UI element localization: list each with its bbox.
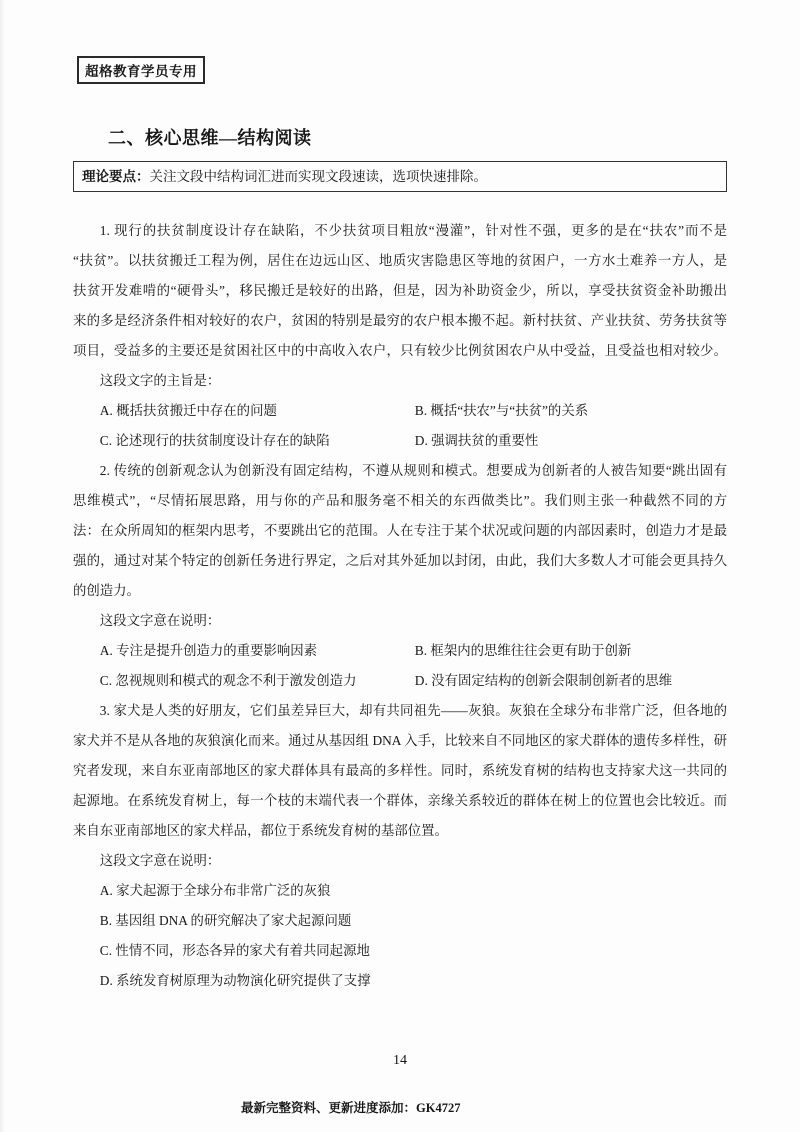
section-title: 二、核心思维—结构阅读 <box>108 124 312 150</box>
header-badge: 超格教育学员专用 <box>77 56 205 84</box>
option-b: B. 概括“扶农”与“扶贫”的关系 <box>415 396 588 426</box>
paragraph-line: “扶贫”。以扶贫搬迁工程为例，居住在边远山区、地质灾害隐患区等地的贫困户，一方水… <box>73 246 727 276</box>
option-b: B. 基因组 DNA 的研究解决了家犬起源问题 <box>100 906 415 936</box>
option-d: D. 没有固定结构的创新会限制创新者的思维 <box>415 666 672 696</box>
paragraph-line: 家犬并不是从各地的灰狼演化而来。通过从基因组 DNA 入手，比较来自不同地区的家… <box>73 726 727 756</box>
option-a: A. 家犬起源于全球分布非常广泛的灰狼 <box>100 876 415 906</box>
document-page: 超格教育学员专用 二、核心思维—结构阅读 理论要点：关注文段中结构词汇进而实现文… <box>0 0 800 1132</box>
questions: 1. 现行的扶贫制度设计存在缺陷，不少扶贫项目粗放“漫灌”，针对性不强，更多的是… <box>73 216 727 996</box>
option-c: C. 性情不同，形态各异的家犬有着共同起源地 <box>100 936 415 966</box>
option-c: C. 论述现行的扶贫制度设计存在的缺陷 <box>100 426 415 456</box>
option-a: A. 专注是提升创造力的重要影响因素 <box>100 636 415 666</box>
question-stem: 这段文字的主旨是： <box>73 366 727 396</box>
question-block: 3. 家犬是人类的好朋友，它们虽差异巨大，却有共同祖先——灰狼。灰狼在全球分布非… <box>73 696 727 996</box>
option-row: A. 专注是提升创造力的重要影响因素B. 框架内的思维往往会更有助于创新 <box>73 636 727 666</box>
theory-label: 理论要点： <box>82 169 150 184</box>
option-d: D. 强调扶贫的重要性 <box>415 426 539 456</box>
paragraph-line: 来自东亚南部地区的家犬样品，都位于系统发育树的基部位置。 <box>73 816 727 846</box>
paragraph-line: 的创造力。 <box>73 576 727 606</box>
question-stem: 这段文字意在说明： <box>73 846 727 876</box>
paragraph-line: 3. 家犬是人类的好朋友，它们虽差异巨大，却有共同祖先——灰狼。灰狼在全球分布非… <box>73 696 727 726</box>
paragraph-line: 起源地。在系统发育树上，每一个枝的末端代表一个群体，亲缘关系较近的群体在树上的位… <box>73 786 727 816</box>
paragraph-line: 强的，通过对某个特定的创新任务进行界定，之后对其外延加以封闭，由此，我们大多数人… <box>73 546 727 576</box>
option-row: C. 性情不同，形态各异的家犬有着共同起源地 <box>73 936 727 966</box>
option-d: D. 系统发育树原理为动物演化研究提供了支撑 <box>100 966 415 996</box>
question-block: 1. 现行的扶贫制度设计存在缺陷，不少扶贫项目粗放“漫灌”，针对性不强，更多的是… <box>73 216 727 456</box>
option-row: A. 概括扶贫搬迁中存在的问题B. 概括“扶农”与“扶贫”的关系 <box>73 396 727 426</box>
page-number: 14 <box>0 1053 800 1069</box>
option-b: B. 框架内的思维往往会更有助于创新 <box>415 636 632 666</box>
paragraph-line: 究者发现，来自东亚南部地区的家犬群体具有最高的多样性。同时，系统发育树的结构也支… <box>73 756 727 786</box>
option-row: B. 基因组 DNA 的研究解决了家犬起源问题 <box>73 906 727 936</box>
theory-box: 理论要点：关注文段中结构词汇进而实现文段速读，选项快速排除。 <box>73 161 727 192</box>
option-a: A. 概括扶贫搬迁中存在的问题 <box>100 396 415 426</box>
paragraph-line: 1. 现行的扶贫制度设计存在缺陷，不少扶贫项目粗放“漫灌”，针对性不强，更多的是… <box>73 216 727 246</box>
option-row: A. 家犬起源于全球分布非常广泛的灰狼 <box>73 876 727 906</box>
paragraph-line: 思维模式”，“尽情拓展思路，用与你的产品和服务毫不相关的东西做类比”。我们则主张… <box>73 486 727 516</box>
footer-note: 最新完整资料、更新进度添加：GK4727 <box>241 1098 460 1116</box>
paragraph-line: 来的多是经济条件相对较好的农户，贫困的特别是最穷的农户根本搬不起。新村扶贫、产业… <box>73 306 727 336</box>
theory-text: 关注文段中结构词汇进而实现文段速读，选项快速排除。 <box>150 169 488 184</box>
option-row: C. 论述现行的扶贫制度设计存在的缺陷D. 强调扶贫的重要性 <box>73 426 727 456</box>
paragraph-line: 项目，受益多的主要还是贫困社区中的中高收入农户，只有较少比例贫困农户从中受益，且… <box>73 336 727 366</box>
option-row: D. 系统发育树原理为动物演化研究提供了支撑 <box>73 966 727 996</box>
paragraph-line: 法：在众所周知的框架内思考，不要跳出它的范围。人在专注于某个状况或问题的内部因素… <box>73 516 727 546</box>
option-c: C. 忽视规则和模式的观念不利于激发创造力 <box>100 666 415 696</box>
question-stem: 这段文字意在说明： <box>73 606 727 636</box>
paragraph-line: 2. 传统的创新观念认为创新没有固定结构，不遵从规则和模式。想要成为创新者的人被… <box>73 456 727 486</box>
paragraph-line: 扶贫开发难啃的“硬骨头”，移民搬迁是较好的出路，但是，因为补助资金少，所以，享受… <box>73 276 727 306</box>
option-row: C. 忽视规则和模式的观念不利于激发创造力D. 没有固定结构的创新会限制创新者的… <box>73 666 727 696</box>
question-block: 2. 传统的创新观念认为创新没有固定结构，不遵从规则和模式。想要成为创新者的人被… <box>73 456 727 696</box>
